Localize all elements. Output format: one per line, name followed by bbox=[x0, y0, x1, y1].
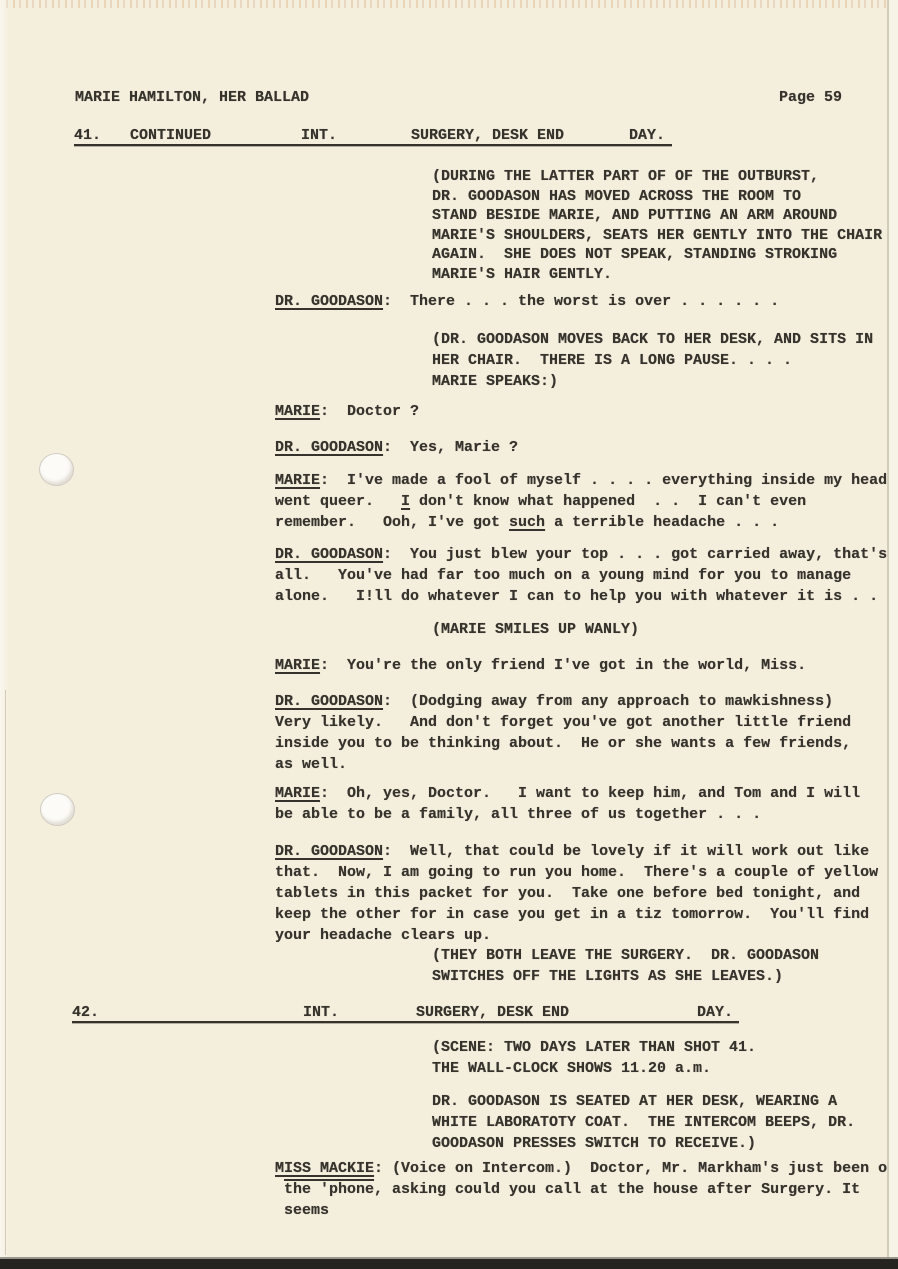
text-line: DR. GOODASON: There . . . the worst is o… bbox=[275, 291, 779, 312]
scene-42-underline bbox=[72, 1021, 739, 1023]
text-line: alone. I!ll do whatever I can to help yo… bbox=[275, 586, 887, 607]
dialogue-marie: MARIE: Doctor ? bbox=[275, 401, 419, 422]
dialogue-marie: MARIE: Oh, yes, Doctor. I want to keep h… bbox=[275, 783, 860, 825]
scene-location: SURGERY, DESK END bbox=[411, 127, 564, 144]
scene-41-underline bbox=[74, 144, 672, 146]
text-line: MARIE'S SHOULDERS, SEATS HER GENTLY INTO… bbox=[432, 226, 882, 246]
scene-number: 41. bbox=[74, 127, 101, 144]
text-line: GOODASON PRESSES SWITCH TO RECEIVE.) bbox=[432, 1133, 855, 1154]
stage-direction: (DURING THE LATTER PART OF OF THE OUTBUR… bbox=[432, 167, 882, 284]
text-line: DR. GOODASON: (Dodging away from any app… bbox=[275, 691, 851, 712]
text-line: your headache clears up. bbox=[275, 925, 878, 946]
scene-int: INT. bbox=[303, 1004, 339, 1021]
scene-location: SURGERY, DESK END bbox=[416, 1004, 569, 1021]
stage-direction: (MARIE SMILES UP WANLY) bbox=[432, 619, 639, 640]
page-right-edge bbox=[889, 0, 898, 1257]
text-line: (SCENE: TWO DAYS LATER THAN SHOT 41. bbox=[432, 1037, 756, 1058]
scene-time: DAY. bbox=[629, 127, 665, 144]
text-line: keep the other for in case you get in a … bbox=[275, 904, 878, 925]
stage-direction: DR. GOODASON IS SEATED AT HER DESK, WEAR… bbox=[432, 1091, 855, 1154]
scene-42-heading: 42. INT. SURGERY, DESK END DAY. bbox=[0, 1004, 898, 1026]
punch-hole-bottom bbox=[40, 793, 75, 826]
dialogue-miss-mackie: MISS MACKIE: (Voice on Intercom.) Doctor… bbox=[275, 1158, 887, 1221]
scene-continued: CONTINUED bbox=[130, 127, 211, 144]
text-line: DR. GOODASON: Well, that could be lovely… bbox=[275, 841, 878, 862]
scene-number: 42. bbox=[72, 1004, 99, 1021]
scan-top-streaks bbox=[0, 0, 898, 8]
document-title: MARIE HAMILTON, HER BALLAD bbox=[75, 89, 309, 106]
text-line: DR. GOODASON HAS MOVED ACROSS THE ROOM T… bbox=[432, 187, 882, 207]
dialogue-dr-goodason: DR. GOODASON: Yes, Marie ? bbox=[275, 437, 518, 458]
script-page: MARIE HAMILTON, HER BALLAD Page 59 41. C… bbox=[0, 0, 898, 1269]
dialogue-dr-goodason: DR. GOODASON: There . . . the worst is o… bbox=[275, 291, 779, 312]
scene-time: DAY. bbox=[697, 1004, 733, 1021]
stage-direction: (THEY BOTH LEAVE THE SURGERY. DR. GOODAS… bbox=[432, 945, 819, 987]
text-line: the 'phone, asking could you call at the… bbox=[275, 1179, 887, 1200]
text-line: as well. bbox=[275, 754, 851, 775]
text-line: Very likely. And don't forget you've got… bbox=[275, 712, 851, 733]
left-crease-line bbox=[5, 690, 6, 1255]
dialogue-marie: MARIE: You're the only friend I've got i… bbox=[275, 655, 806, 676]
text-line: remember. Ooh, I've got such a terrible … bbox=[275, 512, 887, 533]
dialogue-dr-goodason: DR. GOODASON: (Dodging away from any app… bbox=[275, 691, 851, 775]
text-line: tablets in this packet for you. Take one… bbox=[275, 883, 878, 904]
text-line: MARIE SPEAKS:) bbox=[432, 371, 873, 392]
dialogue-dr-goodason: DR. GOODASON: You just blew your top . .… bbox=[275, 544, 887, 607]
scene-int: INT. bbox=[301, 127, 337, 144]
text-line: be able to be a family, all three of us … bbox=[275, 804, 860, 825]
text-line: MARIE: Doctor ? bbox=[275, 401, 419, 422]
text-line: MARIE: You're the only friend I've got i… bbox=[275, 655, 806, 676]
text-line: MISS MACKIE: (Voice on Intercom.) Doctor… bbox=[275, 1158, 887, 1179]
text-line: all. You've had far too much on a young … bbox=[275, 565, 887, 586]
text-line: WHITE LABORATOTY COAT. THE INTERCOM BEEP… bbox=[432, 1112, 855, 1133]
text-line: STAND BESIDE MARIE, AND PUTTING AN ARM A… bbox=[432, 206, 882, 226]
text-line: DR. GOODASON IS SEATED AT HER DESK, WEAR… bbox=[432, 1091, 855, 1112]
text-line: MARIE: Oh, yes, Doctor. I want to keep h… bbox=[275, 783, 860, 804]
text-line: THE WALL-CLOCK SHOWS 11.20 a.m. bbox=[432, 1058, 756, 1079]
text-line: DR. GOODASON: You just blew your top . .… bbox=[275, 544, 887, 565]
text-line: (MARIE SMILES UP WANLY) bbox=[432, 619, 639, 640]
page-number: Page 59 bbox=[779, 89, 842, 106]
text-line: that. Now, I am going to run you home. T… bbox=[275, 862, 878, 883]
scene-41-heading: 41. CONTINUED INT. SURGERY, DESK END DAY… bbox=[0, 127, 898, 149]
dialogue-dr-goodason: DR. GOODASON: Well, that could be lovely… bbox=[275, 841, 878, 946]
text-line: (THEY BOTH LEAVE THE SURGERY. DR. GOODAS… bbox=[432, 945, 819, 966]
stage-direction: (DR. GOODASON MOVES BACK TO HER DESK, AN… bbox=[432, 329, 873, 392]
text-line: inside you to be thinking about. He or s… bbox=[275, 733, 851, 754]
text-line: AGAIN. SHE DOES NOT SPEAK, STANDING STRO… bbox=[432, 245, 882, 265]
scan-bottom-edge bbox=[0, 1257, 898, 1269]
text-line: (DR. GOODASON MOVES BACK TO HER DESK, AN… bbox=[432, 329, 873, 350]
text-line: MARIE: I've made a fool of myself . . . … bbox=[275, 470, 887, 491]
text-line: MARIE'S HAIR GENTLY. bbox=[432, 265, 882, 285]
punch-hole-top bbox=[39, 453, 74, 486]
text-line: (DURING THE LATTER PART OF OF THE OUTBUR… bbox=[432, 167, 882, 187]
stage-direction: (SCENE: TWO DAYS LATER THAN SHOT 41.THE … bbox=[432, 1037, 756, 1079]
text-line: seems bbox=[275, 1200, 887, 1221]
text-line: went queer. I don't know what happened .… bbox=[275, 491, 887, 512]
dialogue-marie: MARIE: I've made a fool of myself . . . … bbox=[275, 470, 887, 533]
right-crease-line bbox=[887, 0, 889, 1257]
text-line: DR. GOODASON: Yes, Marie ? bbox=[275, 437, 518, 458]
text-line: HER CHAIR. THERE IS A LONG PAUSE. . . . bbox=[432, 350, 873, 371]
text-line: SWITCHES OFF THE LIGHTS AS SHE LEAVES.) bbox=[432, 966, 819, 987]
